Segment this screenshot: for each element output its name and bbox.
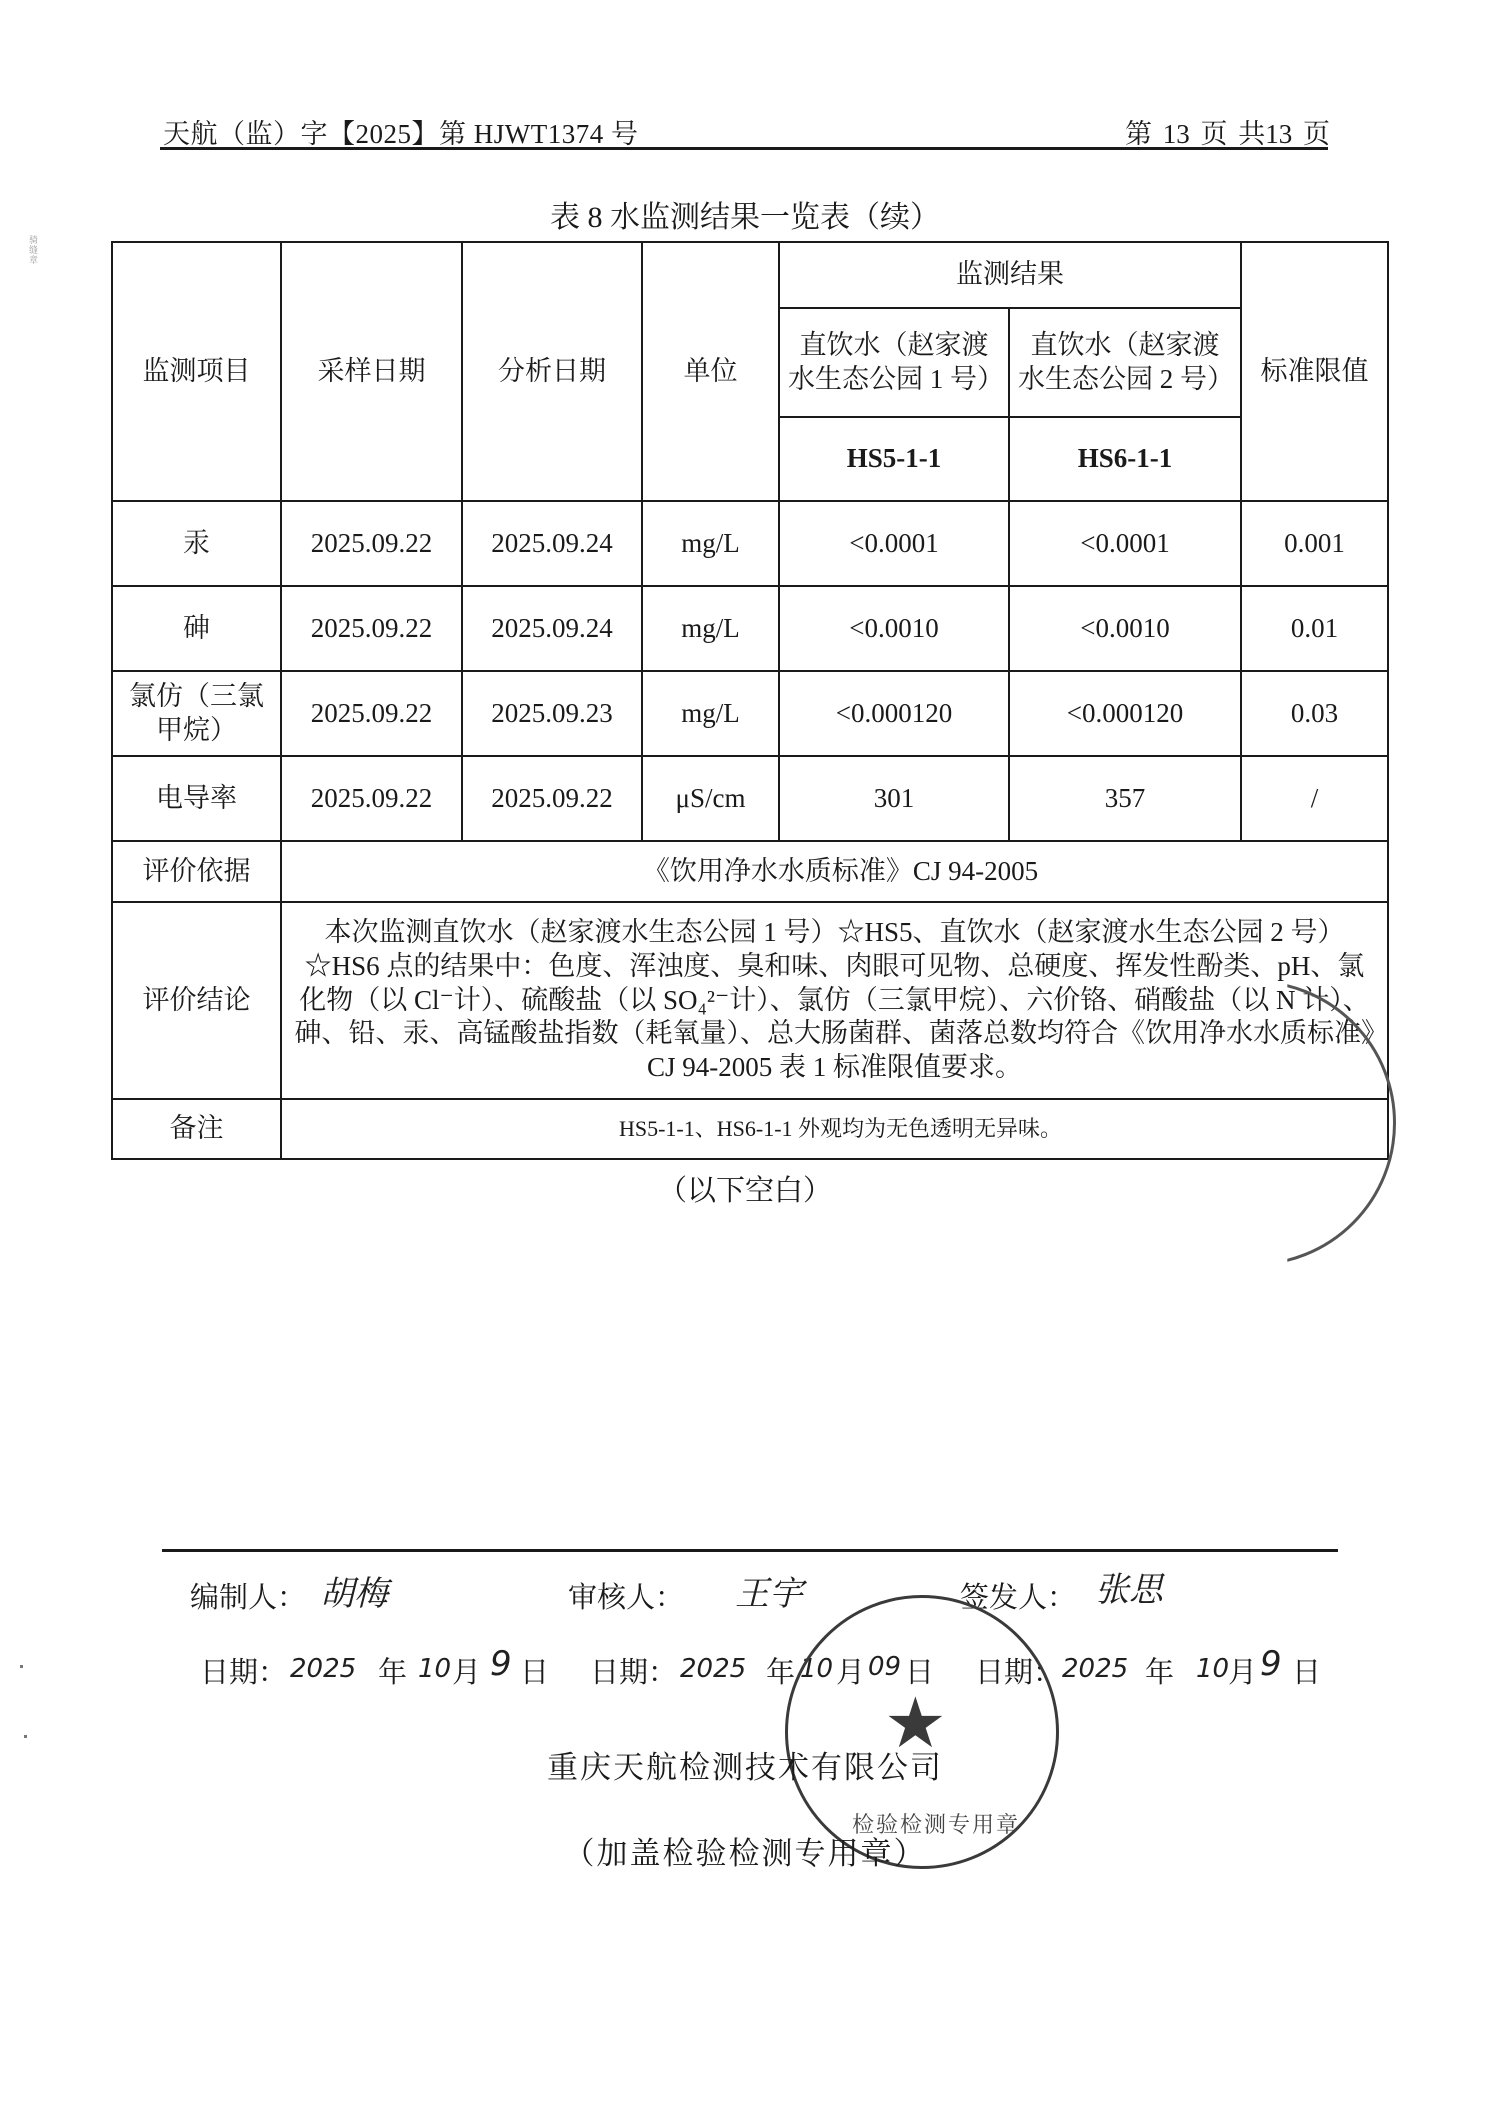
row-limit: 0.001 bbox=[1241, 501, 1388, 586]
row-unit: mg/L bbox=[642, 586, 779, 671]
row-item: 电导率 bbox=[112, 756, 281, 841]
reviewer-date-year: 2025 bbox=[680, 1654, 746, 1684]
reviewer-signature: 王宇 bbox=[735, 1566, 803, 1615]
row-sample-date: 2025.09.22 bbox=[281, 671, 462, 756]
header-results-group: 监测结果 bbox=[779, 242, 1241, 308]
row-site1: <0.000120 bbox=[779, 671, 1009, 756]
row-item: 氯仿（三氯甲烷） bbox=[112, 671, 281, 756]
header-unit: 单位 bbox=[642, 242, 779, 501]
row-unit: mg/L bbox=[642, 671, 779, 756]
header-site2-code: HS6-1-1 bbox=[1009, 417, 1241, 501]
year-char: 年 bbox=[378, 1650, 407, 1691]
basis-label: 评价依据 bbox=[112, 841, 281, 902]
scan-speck bbox=[20, 1665, 23, 1668]
table-row: 氯仿（三氯甲烷） 2025.09.22 2025.09.23 mg/L <0.0… bbox=[112, 671, 1388, 756]
issuer-date-day: 9 bbox=[1260, 1644, 1282, 1684]
compiler-signature: 胡梅 bbox=[320, 1566, 388, 1615]
row-analysis-date: 2025.09.24 bbox=[462, 501, 642, 586]
seal-note: （加盖检验检测专用章） bbox=[0, 1828, 1490, 1873]
report-number: 天航（监）字【2025】第 HJWT1374 号 bbox=[163, 112, 638, 151]
compiler-date-label: 日期： bbox=[200, 1650, 287, 1691]
month-char: 月 bbox=[1228, 1650, 1257, 1691]
table-title: 表 8 水监测结果一览表（续） bbox=[0, 192, 1490, 236]
day-char: 日 bbox=[520, 1650, 549, 1691]
issuer-date-year: 2025 bbox=[1062, 1654, 1128, 1684]
header-site1-name: 直饮水（赵家渡水生态公园 1 号） bbox=[779, 308, 1009, 417]
table-row: 汞 2025.09.22 2025.09.24 mg/L <0.0001 <0.… bbox=[112, 501, 1388, 586]
header-site1-code: HS5-1-1 bbox=[779, 417, 1009, 501]
header-item: 监测项目 bbox=[112, 242, 281, 501]
header-sample-date: 采样日期 bbox=[281, 242, 462, 501]
scan-speck bbox=[24, 1735, 27, 1738]
row-item: 汞 bbox=[112, 501, 281, 586]
header-analysis-date: 分析日期 bbox=[462, 242, 642, 501]
compiler-date-day: 9 bbox=[490, 1644, 512, 1684]
table-row: 砷 2025.09.22 2025.09.24 mg/L <0.0010 <0.… bbox=[112, 586, 1388, 671]
row-sample-date: 2025.09.22 bbox=[281, 501, 462, 586]
remark-value: HS5-1-1、HS6-1-1 外观均为无色透明无异味。 bbox=[281, 1099, 1388, 1159]
company-name: 重庆天航检测技术有限公司 bbox=[0, 1742, 1490, 1787]
conclusion-value: 本次监测直饮水（赵家渡水生态公园 1 号）☆HS5、直饮水（赵家渡水生态公园 2… bbox=[281, 902, 1388, 1099]
header-divider bbox=[160, 147, 1328, 150]
month-char: 月 bbox=[452, 1650, 481, 1691]
compiler-date-year: 2025 bbox=[290, 1654, 356, 1684]
row-site1: 301 bbox=[779, 756, 1009, 841]
row-limit: 0.01 bbox=[1241, 586, 1388, 671]
reviewer-label: 审核人： bbox=[568, 1575, 684, 1616]
signature-divider bbox=[162, 1549, 1338, 1552]
table-row: 电导率 2025.09.22 2025.09.22 μS/cm 301 357 … bbox=[112, 756, 1388, 841]
row-site2: <0.0010 bbox=[1009, 586, 1241, 671]
compiler-label: 编制人： bbox=[190, 1575, 306, 1616]
row-site2: <0.000120 bbox=[1009, 671, 1241, 756]
issuer-date-month: 10 bbox=[1196, 1654, 1229, 1684]
row-analysis-date: 2025.09.22 bbox=[462, 756, 642, 841]
blank-below-note: （以下空白） bbox=[0, 1168, 1490, 1209]
row-item: 砷 bbox=[112, 586, 281, 671]
year-char: 年 bbox=[766, 1650, 795, 1691]
row-analysis-date: 2025.09.24 bbox=[462, 586, 642, 671]
row-unit: μS/cm bbox=[642, 756, 779, 841]
reviewer-date-label: 日期： bbox=[590, 1650, 677, 1691]
binding-edge-text: 骑缝章 bbox=[26, 235, 40, 635]
row-limit: 0.03 bbox=[1241, 671, 1388, 756]
conclusion-label: 评价结论 bbox=[112, 902, 281, 1099]
issuer-signature: 张思 bbox=[1095, 1562, 1163, 1611]
row-limit: / bbox=[1241, 756, 1388, 841]
row-site2: <0.0001 bbox=[1009, 501, 1241, 586]
row-site1: <0.0010 bbox=[779, 586, 1009, 671]
year-char: 年 bbox=[1145, 1650, 1174, 1691]
page-info: 第 13 页 共13 页 bbox=[1125, 112, 1330, 151]
header-limit: 标准限值 bbox=[1241, 242, 1388, 501]
row-sample-date: 2025.09.22 bbox=[281, 756, 462, 841]
header-site2-name: 直饮水（赵家渡水生态公园 2 号） bbox=[1009, 308, 1241, 417]
row-site1: <0.0001 bbox=[779, 501, 1009, 586]
remark-label: 备注 bbox=[112, 1099, 281, 1159]
day-char: 日 bbox=[1292, 1650, 1321, 1691]
basis-value: 《饮用净水水质标准》CJ 94-2005 bbox=[281, 841, 1388, 902]
row-site2: 357 bbox=[1009, 756, 1241, 841]
row-sample-date: 2025.09.22 bbox=[281, 586, 462, 671]
results-table: 监测项目 采样日期 分析日期 单位 监测结果 标准限值 直饮水（赵家渡水生态公园… bbox=[111, 241, 1389, 1160]
row-analysis-date: 2025.09.23 bbox=[462, 671, 642, 756]
compiler-date-month: 10 bbox=[418, 1654, 451, 1684]
row-unit: mg/L bbox=[642, 501, 779, 586]
